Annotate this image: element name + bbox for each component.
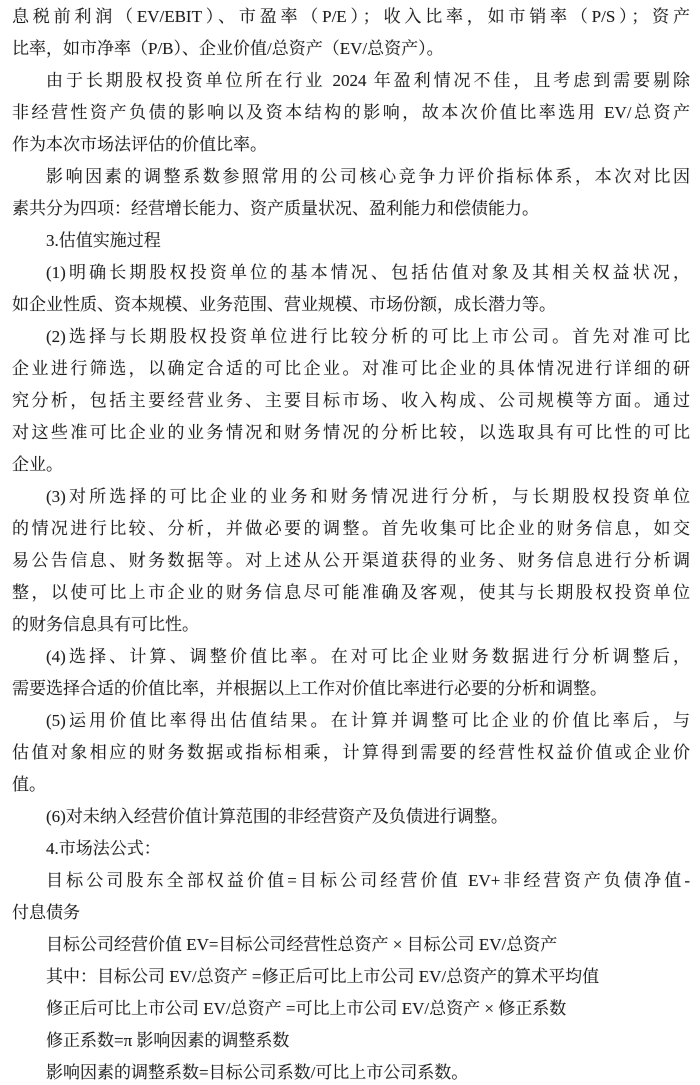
document-text-body: 息税前利润（EV/EBIT）、市盈率（P/E）；收入比率，如市销率（P/S）；资… [12,1,690,1085]
text-line: 目标公司经营价值 EV=目标公司经营性总资产 × 目标公司 EV/总资产 [12,929,690,961]
text-line: 素共分为四项：经营增长能力、资产质量状况、盈利能力和偿债能力。 [12,193,690,225]
text-line: 易公告信息、财务数据等。对上述从公开渠道获得的业务、财务信息进行分析调 [12,545,690,577]
text-line: (2)选择与长期股权投资单位进行比较分析的可比上市公司。首先对准可比 [12,321,690,353]
document-page: 息税前利润（EV/EBIT）、市盈率（P/E）；收入比率，如市销率（P/S）；资… [0,0,700,1085]
text-line: (4)选择、计算、调整价值比率。在对可比企业财务数据进行分析调整后， [12,641,690,673]
text-line: 非经营性资产负债的影响以及资本结构的影响，故本次价值比率选用 EV/总资产 [12,97,690,129]
text-line: 的情况进行比较、分析，并做必要的调整。首先收集可比企业的财务信息，如交 [12,513,690,545]
text-line: 对这些准可比企业的业务情况和财务情况的分析比较，以选取具有可比性的可比 [12,417,690,449]
text-line: 其中：目标公司 EV/总资产 =修正后可比上市公司 EV/总资产的算术平均值 [12,961,690,993]
text-line: (5)运用价值比率得出估值结果。在计算并调整可比企业的价值比率后，与 [12,705,690,737]
text-line: 整，以使可比上市企业的财务信息尽可能准确及客观，使其与长期股权投资单位 [12,577,690,609]
text-line: 4.市场法公式： [12,833,690,865]
text-line: 付息债务 [12,897,690,929]
text-line: 企业进行筛选，以确定合适的可比企业。对准可比企业的具体情况进行详细的研 [12,353,690,385]
text-line: (3)对所选择的可比企业的业务和财务情况进行分析，与长期股权投资单位 [12,481,690,513]
text-line: 究分析，包括主要经营业务、主要目标市场、收入构成、公司规模等方面。通过 [12,385,690,417]
text-line: 由于长期股权投资单位所在行业 2024 年盈利情况不佳，且考虑到需要剔除 [12,65,690,97]
text-line: 3.估值实施过程 [12,225,690,257]
text-line: 值。 [12,769,690,801]
text-line: 估值对象相应的财务数据或指标相乘，计算得到需要的经营性权益价值或企业价 [12,737,690,769]
text-line: 需要选择合适的价值比率，并根据以上工作对价值比率进行必要的分析和调整。 [12,673,690,705]
text-line: 目标公司股东全部权益价值=目标公司经营价值 EV+非经营资产负债净值- [12,865,690,897]
text-line: 修正后可比上市公司 EV/总资产 =可比上市公司 EV/总资产 × 修正系数 [12,993,690,1025]
text-line: 息税前利润（EV/EBIT）、市盈率（P/E）；收入比率，如市销率（P/S）；资… [12,1,690,33]
text-line: 企业。 [12,449,690,481]
text-line: (6)对未纳入经营价值计算范围的非经营资产及负债进行调整。 [12,801,690,833]
text-line: 影响因素的调整系数参照常用的公司核心竞争力评价指标体系，本次对比因 [12,161,690,193]
text-line: 影响因素的调整系数=目标公司系数/可比上市公司系数。 [12,1057,690,1085]
text-line: 如企业性质、资本规模、业务范围、营业规模、市场份额，成长潜力等。 [12,289,690,321]
text-line: 修正系数=π 影响因素的调整系数 [12,1025,690,1057]
text-line: 作为本次市场法评估的价值比率。 [12,129,690,161]
text-line: (1)明确长期股权投资单位的基本情况、包括估值对象及其相关权益状况， [12,257,690,289]
text-line: 比率，如市净率（P/B）、企业价值/总资产（EV/总资产）。 [12,33,690,65]
text-line: 的财务信息具有可比性。 [12,609,690,641]
